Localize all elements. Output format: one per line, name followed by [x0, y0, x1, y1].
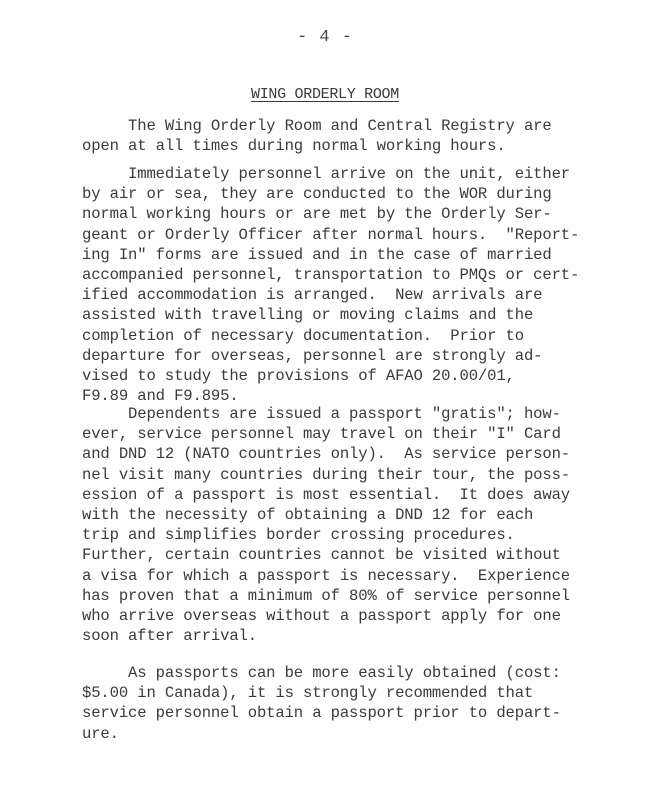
text-line: assisted with travelling or moving claim…	[82, 305, 602, 325]
document-page: - 4 - WING ORDERLY ROOM The Wing Orderly…	[0, 0, 650, 805]
text-line: geant or Orderly Officer after normal ho…	[82, 225, 602, 245]
text-line: and DND 12 (NATO countries only). As ser…	[82, 444, 602, 464]
text-line: ure.	[82, 724, 602, 744]
text-line: normal working hours or are met by the O…	[82, 204, 602, 224]
text-line: accompanied personnel, transportation to…	[82, 265, 602, 285]
text-line: with the necessity of obtaining a DND 12…	[82, 505, 602, 525]
paragraph-passport-dependents: Dependents are issued a passport "gratis…	[82, 404, 602, 646]
text-line: open at all times during normal working …	[82, 136, 602, 156]
page-number: - 4 -	[0, 28, 650, 47]
text-line: service personnel obtain a passport prio…	[82, 703, 602, 723]
text-line: has proven that a minimum of 80% of serv…	[82, 586, 602, 606]
text-line: ession of a passport is most essential. …	[82, 485, 602, 505]
text-line: completion of necessary documentation. P…	[82, 326, 602, 346]
text-line: Immediately personnel arrive on the unit…	[82, 164, 602, 184]
text-line: a visa for which a passport is necessary…	[82, 566, 602, 586]
paragraph-office-hours: The Wing Orderly Room and Central Regist…	[82, 116, 602, 156]
text-line: Further, certain countries cannot be vis…	[82, 545, 602, 565]
text-line: The Wing Orderly Room and Central Regist…	[82, 116, 602, 136]
section-heading-text: WING ORDERLY ROOM	[251, 86, 399, 103]
text-line: soon after arrival.	[82, 626, 602, 646]
text-line: trip and simplifies border crossing proc…	[82, 525, 602, 545]
text-line: ing In" forms are issued and in the case…	[82, 245, 602, 265]
text-line: ever, service personnel may travel on th…	[82, 424, 602, 444]
text-line: vised to study the provisions of AFAO 20…	[82, 366, 602, 386]
text-line: who arrive overseas without a passport a…	[82, 606, 602, 626]
text-line: Dependents are issued a passport "gratis…	[82, 404, 602, 424]
text-line: by air or sea, they are conducted to the…	[82, 184, 602, 204]
text-line: As passports can be more easily obtained…	[82, 663, 602, 683]
paragraph-arrival-procedures: Immediately personnel arrive on the unit…	[82, 164, 602, 406]
paragraph-passport-recommendation: As passports can be more easily obtained…	[82, 663, 602, 744]
text-line: nel visit many countries during their to…	[82, 465, 602, 485]
text-line: $5.00 in Canada), it is strongly recomme…	[82, 683, 602, 703]
text-line: departure for overseas, personnel are st…	[82, 346, 602, 366]
section-heading: WING ORDERLY ROOM	[0, 86, 650, 103]
text-line: ified accommodation is arranged. New arr…	[82, 285, 602, 305]
